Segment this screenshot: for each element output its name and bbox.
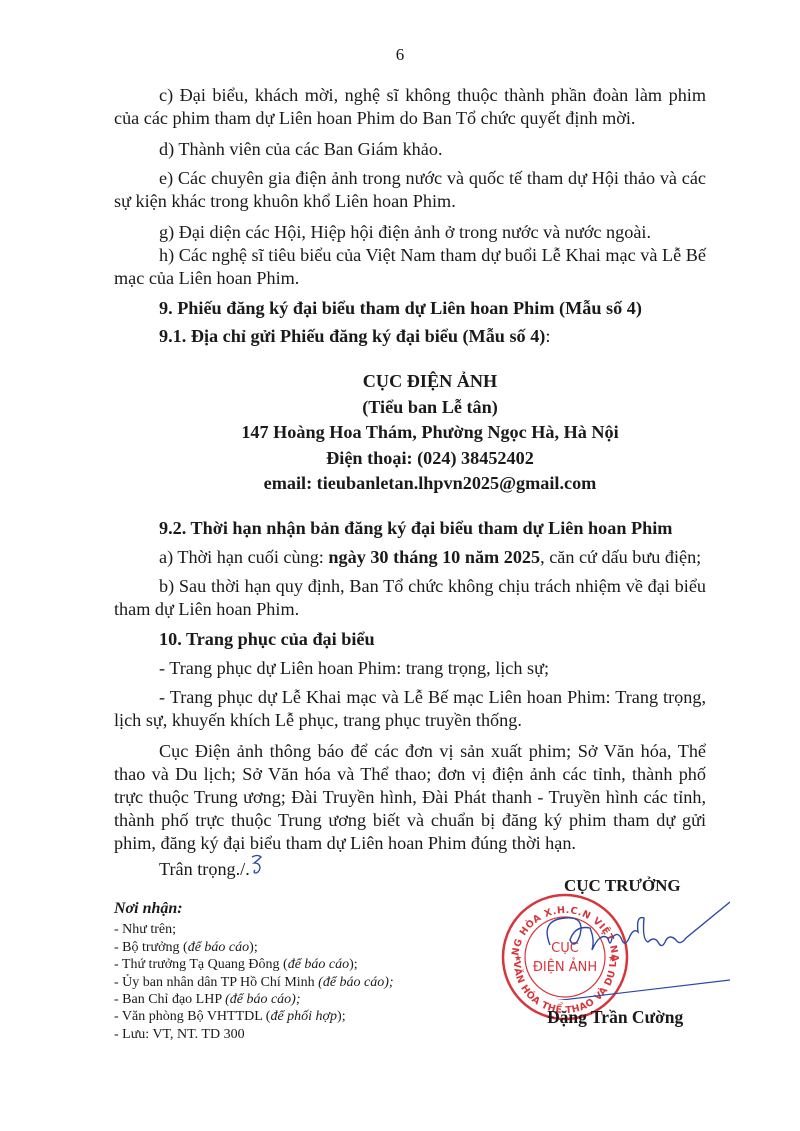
recipients-title: Nơi nhận: xyxy=(114,900,444,917)
section9-heading: 9. Phiếu đăng ký đại biểu tham dự Liên h… xyxy=(114,297,706,320)
section9-1-heading: 9.1. Địa chỉ gửi Phiếu đăng ký đại biểu … xyxy=(114,325,706,348)
handwritten-signature-icon xyxy=(530,880,730,1000)
address-street: 147 Hoàng Hoa Thám, Phường Ngọc Hà, Hà N… xyxy=(114,420,706,446)
section8-item-c: c) Đại biểu, khách mời, nghệ sĩ không th… xyxy=(114,84,706,130)
address-dept: (Tiểu ban Lễ tân) xyxy=(114,395,706,421)
signatory-name: Đặng Trần Cường xyxy=(547,1007,683,1028)
recipient-item: - Văn phòng Bộ VHTTDL (để phối hợp); xyxy=(114,1008,444,1025)
address-email: email: tieubanletan.lhpvn2025@gmail.com xyxy=(114,471,706,497)
recipient-item: - Bộ trưởng (để báo cáo); xyxy=(114,939,444,956)
recipients-list: Nơi nhận: - Như trên; - Bộ trưởng (để bá… xyxy=(114,900,444,1043)
handwritten-initials-icon xyxy=(250,853,264,875)
page-number: 6 xyxy=(0,45,800,65)
address-block: CỤC ĐIỆN ẢNH (Tiểu ban Lễ tân) 147 Hoàng… xyxy=(114,369,706,497)
section9-2-heading: 9.2. Thời hạn nhận bản đăng ký đại biểu … xyxy=(114,517,706,540)
address-org: CỤC ĐIỆN ẢNH xyxy=(114,369,706,395)
signatory-title: CỤC TRƯỞNG xyxy=(564,876,681,896)
section8-item-e: e) Các chuyên gia điện ảnh trong nước và… xyxy=(114,167,706,213)
recipient-item: - Lưu: VT, NT. TD 300 xyxy=(114,1026,444,1043)
deadline-line: a) Thời hạn cuối cùng: ngày 30 tháng 10 … xyxy=(114,546,706,569)
recipient-item: - Thứ trưởng Tạ Quang Đông (để báo cáo); xyxy=(114,956,444,973)
section9-item-b: b) Sau thời hạn quy định, Ban Tổ chức kh… xyxy=(114,575,706,621)
section8-item-g: g) Đại diện các Hội, Hiệp hội điện ảnh ở… xyxy=(114,221,706,244)
section8-item-h: h) Các nghệ sĩ tiêu biểu của Việt Nam th… xyxy=(114,244,706,290)
recipient-item: - Ủy ban nhân dân TP Hồ Chí Minh (để báo… xyxy=(114,974,444,991)
section10-item-1: - Trang phục dự Liên hoan Phim: trang tr… xyxy=(114,657,706,680)
deadline-date: ngày 30 tháng 10 năm 2025 xyxy=(328,547,540,567)
section8-item-d: d) Thành viên của các Ban Giám khảo. xyxy=(114,138,706,161)
section10-item-2: - Trang phục dự Lễ Khai mạc và Lễ Bế mạc… xyxy=(114,686,706,732)
closing-paragraph: Cục Điện ảnh thông báo để các đơn vị sản… xyxy=(114,740,706,855)
address-phone: Điện thoại: (024) 38452402 xyxy=(114,446,706,472)
recipient-item: - Ban Chỉ đạo LHP (để báo cáo); xyxy=(114,991,444,1008)
recipient-item: - Như trên; xyxy=(114,921,444,938)
svg-text:★: ★ xyxy=(514,953,522,963)
section10-heading: 10. Trang phục của đại biểu xyxy=(114,628,706,651)
